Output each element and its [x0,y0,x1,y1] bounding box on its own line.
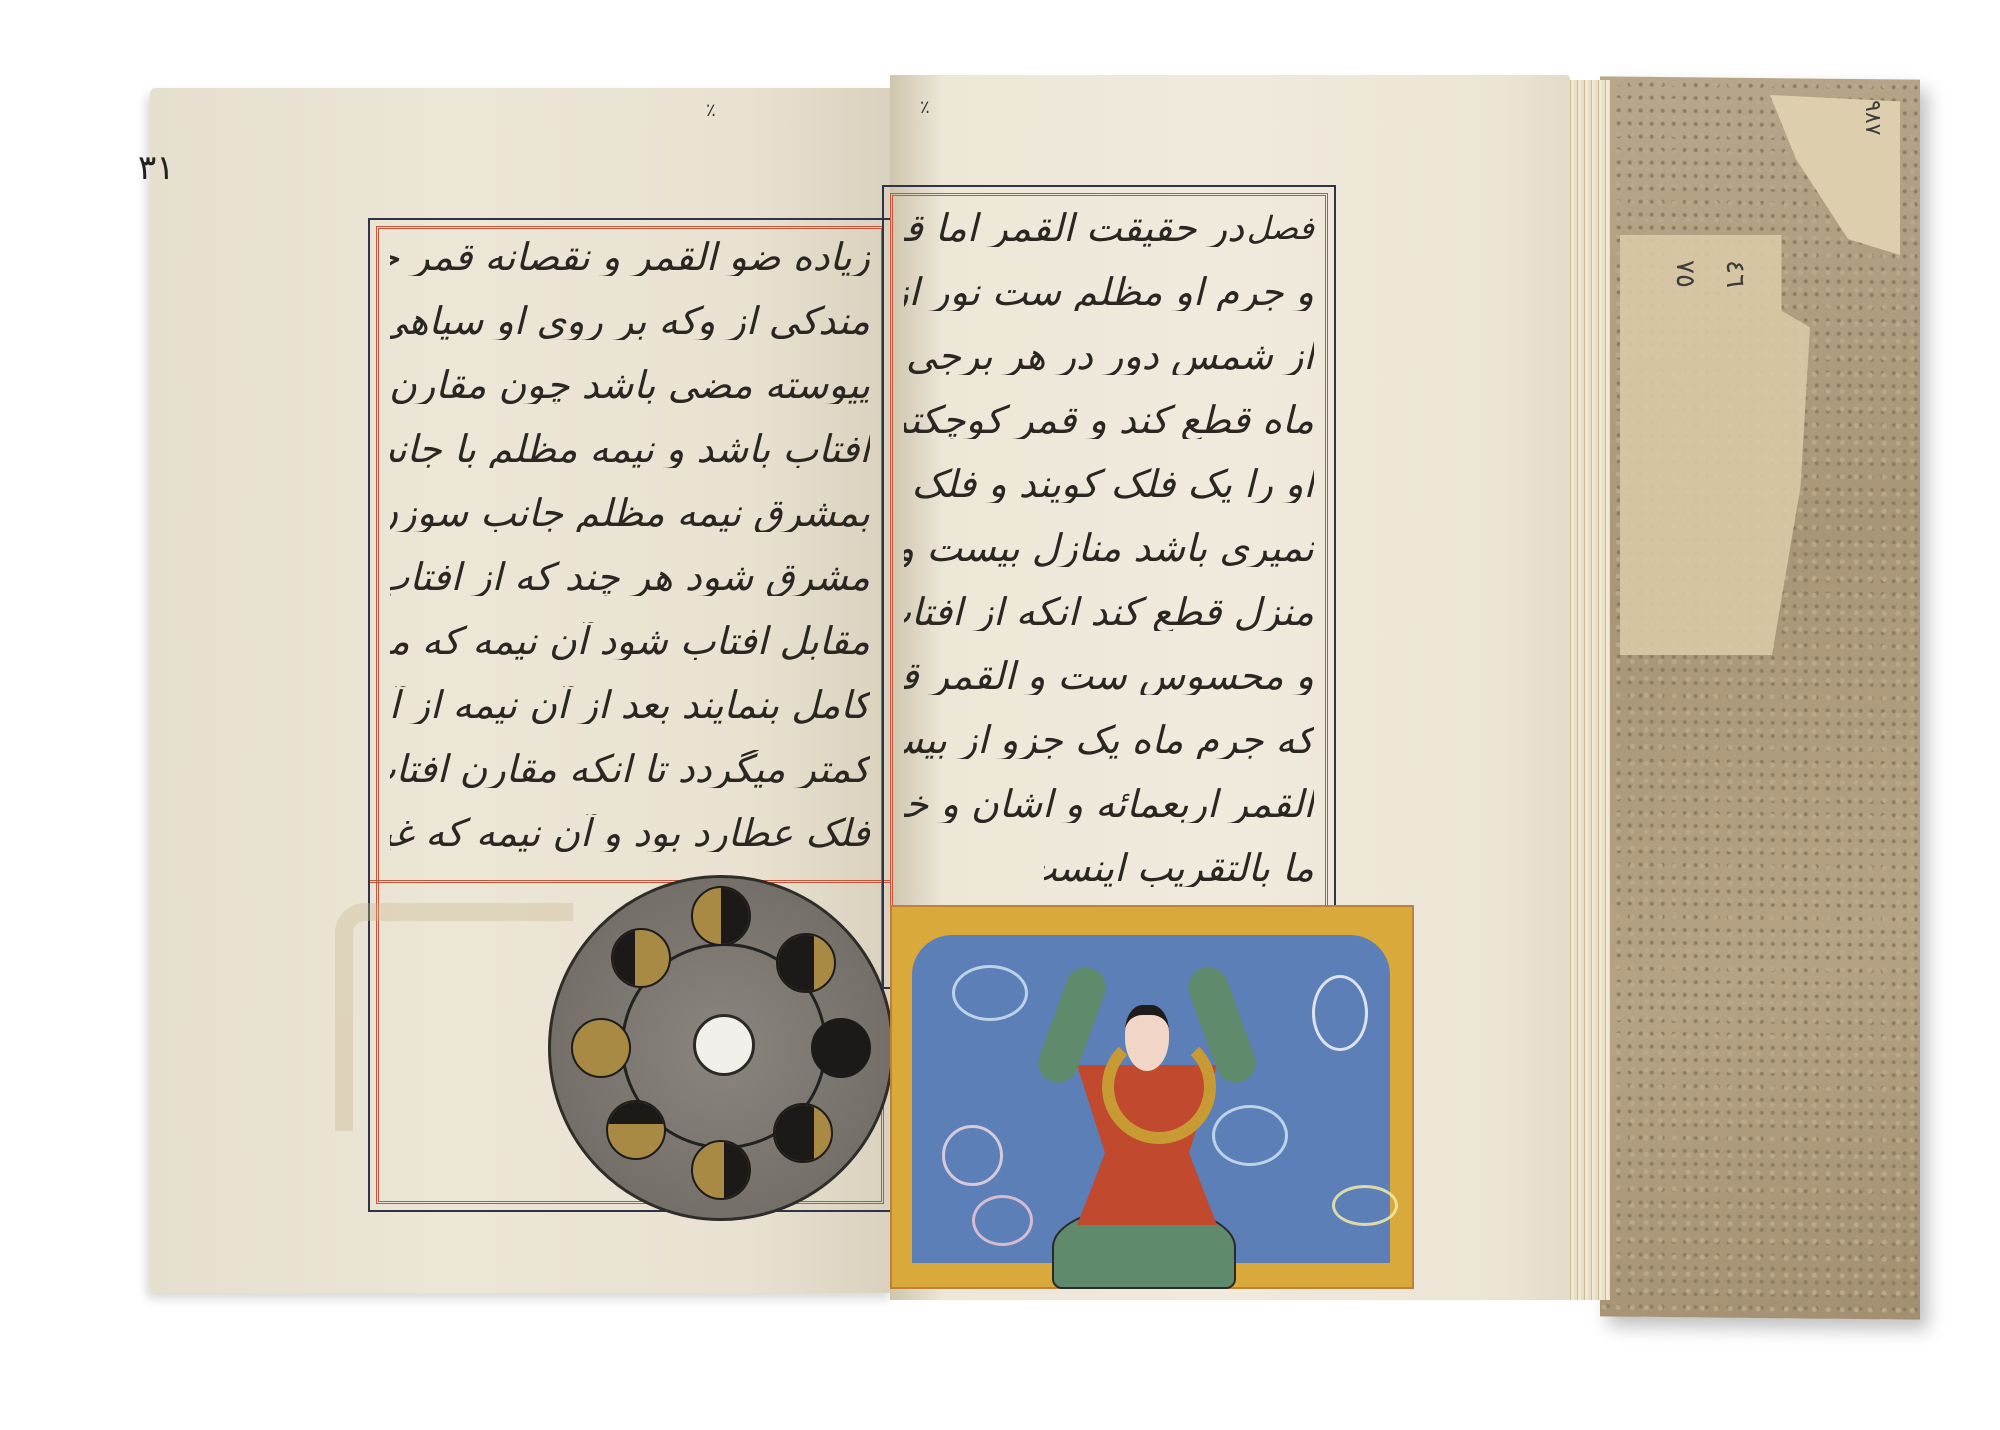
cover-inscription: ٤٦ [1720,260,1750,288]
cover-inscription: ٧٥ [1670,260,1700,288]
text-line: مشرق شود هر چند که از افتاب دور تر میشود… [390,558,870,596]
folio-number: ٣١ [138,148,175,188]
section-heading: فصل [1247,209,1314,247]
text-line: بمشرق نیمه مظلم جانب سوزن شود القدر که ا… [390,494,870,532]
center-earth-icon [693,1014,755,1076]
moon-phase-icon [691,886,751,946]
cover-inscription: ٩٨٧ [1860,100,1885,135]
text-line: او را یک فلک کویند و فلک او کوچکتر از هم… [904,465,1314,503]
text-line: نمیری باشد منازل بیست و هشت گانه و در بی… [904,529,1314,567]
text-line: که جرم ماه یک جزو از بیست از سی و نه جزو… [904,721,1314,759]
text-line: مقابل افتاب شود آن نیمه که مواجه زمان با… [390,622,870,660]
divider-rule [370,880,890,883]
text-frame: فصل در حقیقت القمر اما قمر کوکبی ست که م… [882,185,1336,989]
cloud-icon [1212,1105,1288,1166]
lunar-phases-diagram [548,875,894,1221]
text-line: ماه قطع کند و قمر کوچکتر کواکب است و سیر… [904,401,1314,439]
cloud-icon [942,1125,1003,1186]
cloud-icon [1332,1185,1398,1226]
cloud-icon [952,965,1028,1021]
cloud-icon [972,1195,1033,1246]
moon-phase-icon [691,1140,751,1200]
moon-phase-icon [773,1103,833,1163]
header-mark: ٪ [706,100,716,121]
text-line: و جرم او مظلم ست نور از افتاب قبول کند ب… [904,273,1314,311]
text-line: فلک عطارد بود و آن نیمه که غیر مضی باشد … [390,814,870,852]
blue-sky-panel [912,935,1390,1263]
text-line: زیاده ضو القمر و نقصانه قمر جرم او کسیف … [390,238,870,276]
text-line: پیوسته مضی باشد چون مقارن افتاب شود نیمه… [390,366,870,404]
full-moon-icon [571,1018,631,1078]
cloud-icon [1312,975,1368,1051]
text-line: کامل بنمایند بعد از آن نیمه از آن ماه هر… [390,686,870,724]
illuminated-miniature [890,905,1414,1289]
figure-face [1125,1005,1169,1071]
new-moon-icon [811,1018,871,1078]
cover-paper-patch [1620,235,1810,655]
text-line: مندکی از وکه بر روی او سیاهی میتابد پس آ… [390,302,870,340]
text-line: کمتر میگردد تا انکه مقارن افتاب شود و ان… [390,750,870,788]
moon-phase-icon [606,1100,666,1160]
text-line: القمر اربعمائه و اشان و خمسون میلا و قطر… [904,785,1314,823]
text-line: از شمس دور در هر برجی دو روز و دو دانگ ا… [904,337,1314,375]
text-line: افتاب باشد و نیمه مظلم با جانب زمین و چو… [390,430,870,468]
text-line: و محسوس ست و القمر قدرناه منازل حتی عاد … [904,657,1314,695]
faded-illumination [335,903,573,1131]
header-mark: ٪ [920,97,930,118]
text-line: ما بالتقریب اینست انجه اتفاق [1044,849,1314,887]
moon-phase-icon [776,933,836,993]
text-line: منزل قطع کند انکه از افتاب بگذرد و باز پ… [904,593,1314,631]
moon-phase-icon [611,928,671,988]
text-line: در حقیقت القمر اما قمر کوکبی ست که مکان … [904,209,1244,247]
